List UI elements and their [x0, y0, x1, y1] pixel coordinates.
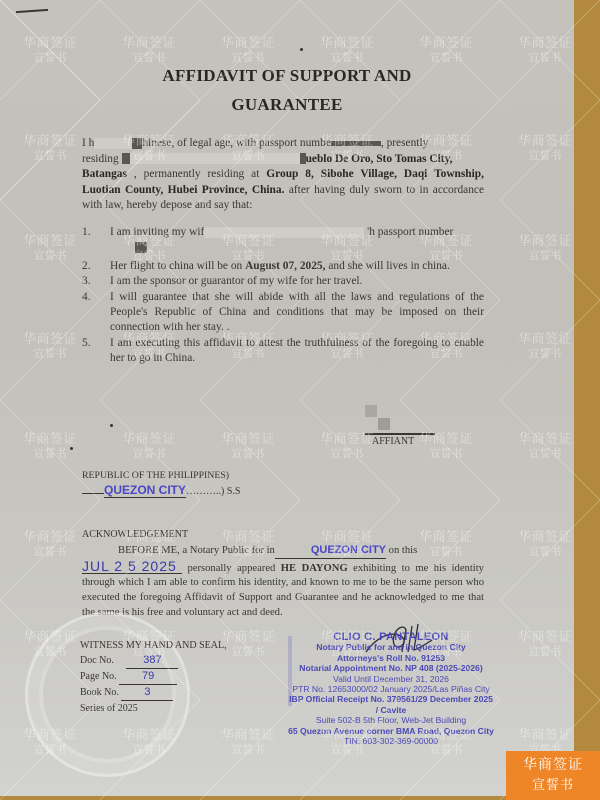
redacted-address: [130, 153, 300, 164]
intro-paragraph: I hhinese, of legal age, with passport n…: [82, 136, 484, 214]
intro-text: , presently: [381, 137, 428, 149]
document-title-line2: GUARANTEE: [0, 95, 574, 115]
notary-name: CLIO C. PANTALEON: [287, 632, 495, 642]
affiant-label: AFFIANT: [372, 436, 414, 447]
statement-list: 1. I am inviting my wif 'h passport numb…: [82, 225, 484, 367]
document-title-line1: AFFIDAVIT OF SUPPORT AND: [0, 66, 574, 86]
redacted-block: [122, 153, 130, 164]
republic-label: REPUBLIC OF THE PHILIPPINES): [82, 470, 229, 481]
item-text: I am inviting my wif: [110, 226, 204, 238]
item-text: 'h passport number: [367, 226, 453, 238]
statement-item: 5. I am executing this affidavit to atte…: [82, 336, 484, 367]
pen-mark: [16, 9, 48, 13]
intro-text: , permanently residing at: [127, 168, 266, 180]
item-text: and she will lives in china.: [325, 260, 449, 272]
badge-line1: 华商签证: [506, 751, 600, 776]
intro-text: hinese, of legal age, with passport numb…: [142, 137, 331, 149]
doc-no-label: Doc No.: [80, 655, 114, 666]
statement-item: 4. I will guarantee that she will abide …: [82, 290, 484, 336]
series-label: Series of 2025: [80, 701, 227, 716]
notary-line: Attorneys's Roll No. 91253: [287, 653, 495, 663]
ink-speck: [110, 424, 113, 427]
notary-line: TIN: 603-302-369-00000: [287, 736, 495, 746]
doc-no-row: Doc No. 387: [80, 653, 227, 669]
witness-heading: WITNESS MY HAND AND SEAL,: [80, 638, 227, 653]
ack-text: on this: [386, 545, 417, 556]
brand-badge: 华商签证 宣誓书: [506, 751, 600, 800]
ink-speck: [300, 48, 303, 51]
statement-item: 3. I am the sponsor or guarantor of my w…: [82, 274, 484, 289]
ack-date-stamp: JUL 2 5 2025: [82, 559, 182, 575]
acknowledgement-body: JUL 2 5 2025 personally appeared HE DAYO…: [82, 559, 484, 621]
book-no-row: Book No. 3: [80, 685, 227, 701]
redacted-passport: [331, 141, 381, 146]
venue-city-handwritten: QUEZON CITY: [104, 483, 186, 498]
item-text: I am the sponsor or guarantor of my wife…: [110, 275, 362, 287]
flight-date: August 07, 2025,: [245, 260, 325, 272]
statement-item: 1. I am inviting my wif 'h passport numb…: [82, 225, 484, 256]
ack-text: personally appeared: [182, 563, 281, 574]
notary-line: Suite 502-B 5th Floor, Web-Jet Building: [287, 715, 495, 725]
intro-address: ueblo De Oro, Sto Tomas City,: [306, 153, 453, 165]
notary-line: Valid Until December 31, 2026: [287, 674, 495, 684]
redacted-block: [132, 138, 142, 149]
redacted-wife-name: [204, 227, 364, 238]
venue-line: QUEZON CITY………..) S.S: [82, 483, 240, 498]
redacted-signature: [365, 405, 377, 417]
item-number: 5.: [82, 336, 91, 351]
book-no-value: 3: [121, 685, 173, 701]
item-number: 2.: [82, 259, 91, 274]
doc-no-value: 387: [126, 653, 178, 669]
witness-block: WITNESS MY HAND AND SEAL, Doc No. 387 Pa…: [80, 638, 227, 716]
ack-city-stamp: QUEZON CITY: [275, 543, 386, 559]
affiant-signature-line: [365, 433, 435, 435]
item-text: I will guarantee that she will abide wit…: [110, 291, 484, 334]
intro-text: residing: [82, 153, 119, 165]
affidavit-paper: AFFIDAVIT OF SUPPORT AND GUARANTEE I hhi…: [0, 0, 574, 796]
page-no-value: 79: [119, 669, 177, 685]
redacted-name: [94, 138, 132, 149]
notary-line: IBP Official Receipt No. 379561/29 Decem…: [287, 694, 495, 715]
intro-city: Batangas: [82, 168, 127, 180]
redacted-signature: [378, 418, 390, 430]
badge-line2: 宣誓书: [506, 776, 600, 796]
ack-text: BEFORE ME, a Notary Public for in: [118, 545, 275, 556]
acknowledgement-line: BEFORE ME, a Notary Public for inQUEZON …: [82, 543, 484, 559]
item-number: 4.: [82, 290, 91, 305]
item-text: Her flight to china will be on: [110, 260, 245, 272]
redacted-block: [135, 242, 147, 253]
page-no-row: Page No. 79: [80, 669, 227, 685]
notary-line: 65 Quezon Avenue corner BMA Road, Quezon…: [287, 726, 495, 736]
page-no-label: Page No.: [80, 671, 117, 682]
notary-line: Notarial Appointment No. NP 408 (2025-20…: [287, 663, 495, 673]
notary-line: PTR No. 12653000/02 January 2025/Las Piñ…: [287, 684, 495, 694]
acknowledgement-heading: ACKNOWLEDGEMENT: [82, 528, 484, 543]
venue-suffix: ………..) S.S: [186, 486, 240, 497]
notary-stamp: CLIO C. PANTALEON Notary Public for and …: [287, 632, 495, 746]
ink-speck: [70, 447, 73, 450]
item-text: I am executing this affidavit to attest …: [110, 337, 484, 364]
blank-line: [82, 493, 104, 494]
item-number: 3.: [82, 274, 91, 289]
item-number: 1.: [82, 225, 91, 240]
acknowledgement-section: ACKNOWLEDGEMENT BEFORE ME, a Notary Publ…: [82, 528, 484, 621]
notary-line: Notary Public for and in Quezon City: [287, 642, 495, 652]
book-no-label: Book No.: [80, 687, 119, 698]
ack-person-name: HE DAYONG: [281, 563, 348, 574]
intro-text: I h: [82, 137, 94, 149]
statement-item: 2. Her flight to china will be on August…: [82, 259, 484, 274]
